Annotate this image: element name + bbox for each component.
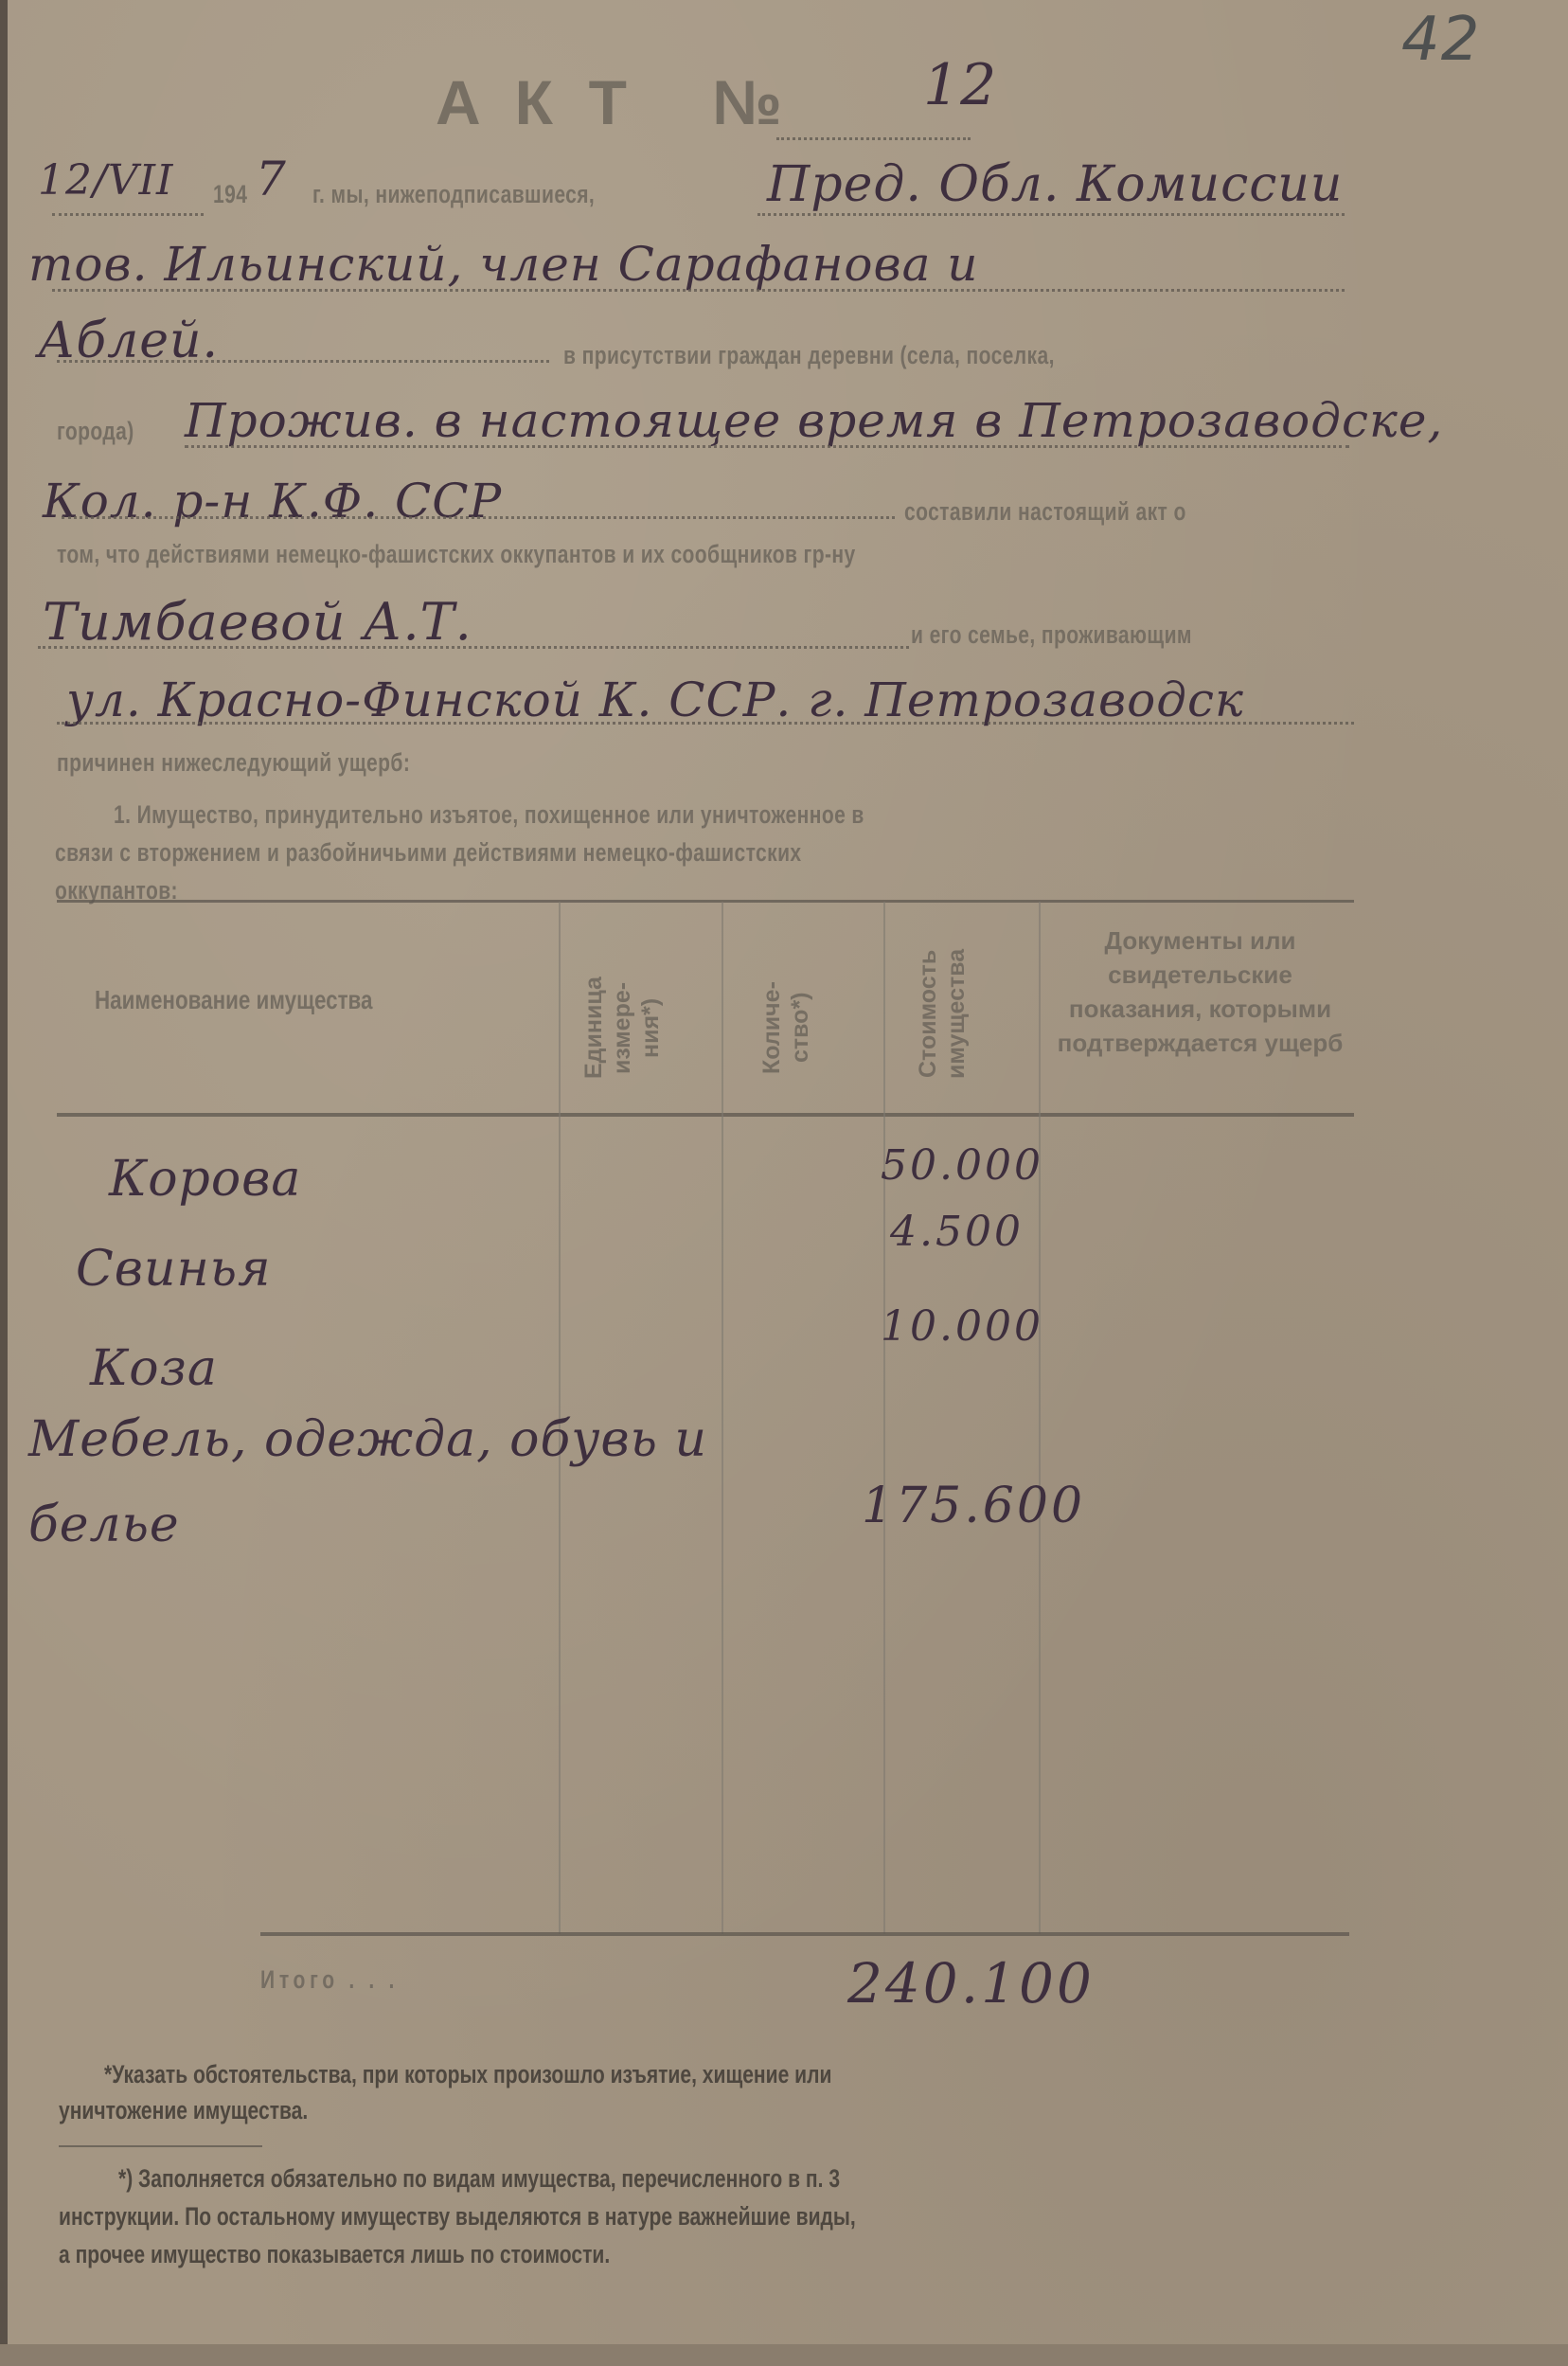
footnote-1-line-1: *Указать обстоятельства, при которых про… (104, 2060, 831, 2089)
year-handwritten: 7 (256, 152, 287, 206)
act-number-underline (776, 137, 971, 140)
commission-members: тов. Ильинский, член Сарафанова и (28, 237, 978, 292)
line8-underline (57, 722, 1354, 725)
row-1-name: Корова (109, 1151, 301, 1208)
residence-note: Прожив. в настоящее время в Петрозаводск… (185, 393, 1443, 448)
date-handwritten: 12/VII (38, 156, 173, 205)
row-3-name: Коза (90, 1340, 218, 1397)
victim-name: Тимбаевой А.Т. (43, 592, 472, 652)
total-value: 240.100 (847, 1951, 1095, 2016)
printed-line-1: г. мы, нижеподписавшиеся, (312, 180, 595, 209)
col-divider-4 (1039, 902, 1041, 1934)
printed-line-7: и его семье, проживающим (911, 620, 1192, 650)
printed-line-6: том, что действиями немецко-фашистских о… (57, 540, 856, 569)
line1-underline (757, 213, 1345, 216)
row-4-cost: 175.600 (862, 1478, 1085, 1534)
cost-header-part-2: имущества (943, 948, 970, 1078)
section1-intro-1: 1. Имущество, принудительно изъятое, пох… (114, 800, 864, 830)
page-number: 42 (1401, 5, 1480, 75)
qty-header-part-2: ство*) (787, 993, 813, 1064)
line7-underline (38, 646, 909, 649)
row-1-cost: 50.000 (881, 1141, 1043, 1190)
column-header-documents: Документы или свидетельские показания, к… (1046, 923, 1354, 1060)
row-2-cost: 4.500 (890, 1208, 1024, 1256)
row-2-name: Свинья (76, 1241, 272, 1298)
row-4-name-cont: белье (28, 1497, 180, 1553)
column-header-cost: Стоимость имущества (914, 923, 971, 1103)
table-header-rule (57, 1113, 1354, 1117)
cost-header-part-1: Стоимость (915, 949, 941, 1077)
commission-chair: Пред. Обл. Комиссии (767, 156, 1343, 213)
line5-underline (62, 516, 895, 519)
row-3-cost: 10.000 (881, 1302, 1043, 1351)
col-divider-2 (722, 902, 723, 1934)
column-header-quantity: Количе- ство*) (757, 952, 814, 1103)
column-header-unit: Единица измере- ния*) (579, 952, 665, 1103)
document-title: АКТ № (436, 66, 816, 138)
qty-header-part-1: Количе- (758, 981, 785, 1074)
unit-header-part-2: измере- (609, 981, 635, 1073)
table-total-rule (260, 1932, 1349, 1936)
footnote-1-line-2: уничтожение имущества. (59, 2096, 308, 2125)
unit-header-part-1: Единица (580, 977, 607, 1079)
row-4-name: Мебель, одежда, обувь и (28, 1411, 707, 1468)
line3-underline (57, 360, 549, 363)
line4-underline (185, 445, 1349, 448)
line2-underline (52, 289, 1345, 292)
victim-address: ул. Красно-Финской К. ССР. г. Петрозавод… (66, 672, 1244, 727)
printed-line-3: в присутствии граждан деревни (села, пос… (563, 341, 1055, 370)
footnote-2-line-1: *) Заполняется обязательно по видам имущ… (118, 2164, 840, 2194)
page-edge-left (0, 0, 8, 2366)
act-number: 12 (923, 52, 997, 118)
footnote-separator (59, 2145, 262, 2147)
col-divider-3 (883, 902, 885, 1934)
page-edge-bottom (0, 2344, 1568, 2366)
total-label: Итого . . . (260, 1965, 399, 1995)
printed-line-5: составили настоящий акт о (904, 497, 1186, 527)
printed-line-9: причинен нижеследующий ущерб: (57, 748, 410, 778)
year-printed: 194 (213, 180, 247, 209)
footnote-2-line-2: инструкции. По остальному имуществу выде… (59, 2202, 856, 2232)
section1-intro-2: связи с вторжением и разбойничьими дейст… (55, 838, 802, 868)
scanned-act-page: 42 АКТ № 12 12/VII 194 7 г. мы, нижеподп… (0, 0, 1568, 2366)
footnote-2-line-3: а прочее имущество показывается лишь по … (59, 2240, 610, 2269)
printed-line-4-label: города) (57, 417, 134, 446)
date-underline (52, 213, 204, 216)
table-top-rule (57, 900, 1354, 903)
unit-header-part-3: ния*) (637, 997, 664, 1057)
column-header-name: Наименование имущества (95, 985, 372, 1015)
district-note: Кол. р-н К.Ф. ССР (43, 474, 502, 529)
